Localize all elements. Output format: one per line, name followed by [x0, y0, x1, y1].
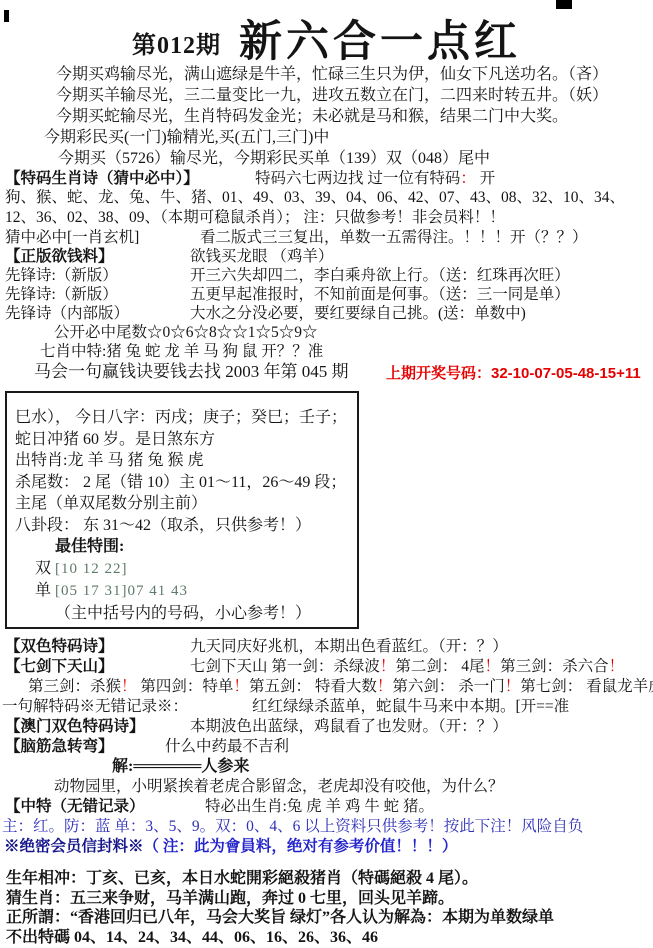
xianfeng-text-2: 五更早起准报时，不知前面是何事。（送：三一同是单） [190, 285, 570, 304]
yijujie-label: 一句解特码※无错记录※： [2, 697, 252, 717]
aomen-row: 【澳门双色特码诗】 本期波色出蓝绿，鸡鼠看了也发财。（开：？） [0, 717, 653, 737]
zhuwei-line: 主尾（单双尾数分别主前） [15, 493, 357, 515]
caishengxiao-line: 猜生肖：五三来争财，马羊满山跑，奔过 0 七里，回头见羊蹄。 [0, 889, 653, 909]
shuangse-text: 九天同庆好兆机，本期出色看蓝红。（开：？） [190, 637, 508, 657]
zhengsuowei-line: 正所謂：“香港回归已八年，马会大奖旨 绿灯”各人认为解為：本期为单数绿单 [0, 908, 653, 928]
yixiao-row: 猜中必中[一肖玄机] 看二版式三三复出，单数一五需得注。！！！开（？？） [0, 228, 653, 247]
yixiao-label: 猜中必中[一肖玄机] [5, 228, 200, 247]
lower-section: 【双色特码诗】 九天同庆好兆机，本期出色看蓝红。（开：？） 【七剑下天山】 七剑… [0, 637, 653, 857]
xiangchong-line: 生年相冲：丁亥、已亥，本日水蛇開彩絕殺猪肖（特碼絕殺 4 尾）。 [0, 869, 653, 889]
bagua-line: 八卦段： 东 31～42（取杀，只供参考！） [15, 515, 357, 537]
xianfeng-row-3: 先锋诗（内部版） 大水之分没必要，要红要绿自己挑。(送：单数中) [0, 304, 653, 323]
header: 第012期 新六合一点红 [0, 0, 653, 64]
last-draw-numbers: 上期开奖号码：32-10-07-05-48-15+11 [386, 363, 641, 385]
bazi-line: 巳水）， 今日八字：丙戌；庚子；癸巳；壬子； [15, 407, 357, 429]
poem-line-3: 今期买蛇输尽光，生肖特码发金光；未必就是马和猴，结果二门中大奖。 [0, 106, 653, 127]
even-numbers: [10 12 22] [55, 561, 128, 577]
qijian-label: 【七剑下天山】 [5, 657, 190, 677]
odd-label: 单 [35, 582, 51, 599]
shuangse-label: 【双色特码诗】 [5, 637, 190, 657]
poem-line-4: 今期彩民买(一门)输精光,买(五门,三门)中 [0, 127, 653, 148]
buchu-tema-line: 不出特碼 04、14、24、34、44、06、16、26、36、46 [0, 928, 653, 948]
naojin-riddle-2: 动物园里，小明紧挨着老虎合影留念，老虎却没有咬他，为什么？ [0, 777, 653, 797]
even-label: 双 [35, 560, 51, 577]
mahui-row: 马会一句赢钱诀要钱去找 2003 年第 045 期 上期开奖号码：32-10-0… [0, 361, 653, 385]
chong-line: 蛇日冲猪 60 岁。是日煞东方 [15, 429, 357, 451]
odd-numbers: [05 17 31]07 41 43 [55, 583, 188, 599]
tema-shengxiao-row: 【特码生肖诗（猜中必中）】 特码六七两边找 过一位有特码： 开 [0, 169, 653, 188]
yijujie-row: 一句解特码※无错记录※： 红红绿绿杀蓝单，蛇鼠牛马来中本期。[开==准 [0, 697, 653, 717]
xianfeng-label-1: 先锋诗:（新版） [5, 266, 190, 285]
xianfeng-label-2: 先锋诗:（新版） [5, 285, 190, 304]
yijujie-text: 红红绿绿杀蓝单，蛇鼠牛马来中本期。[开==准 [252, 697, 569, 717]
scan-artifact-top-left [4, 10, 9, 22]
xianfeng-row-1: 先锋诗:（新版） 开三六失却四二，李白乘舟欲上行。（送：红珠再次旺） [0, 266, 653, 285]
fortune-info-box: 巳水）， 今日八字：丙戌；庚子；癸巳；壬子； 蛇日冲猪 60 岁。是日煞东方 出… [5, 391, 359, 629]
aomen-label: 【澳门双色特码诗】 [5, 717, 190, 737]
odd-picks-row: 单 [05 17 31]07 41 43 [15, 580, 357, 603]
xianfeng-text-1: 开三六失却四二，李白乘舟欲上行。（送：红珠再次旺） [190, 266, 570, 285]
zhongte-text: 特必出生肖:兔 虎 羊 鸡 牛 蛇 猪。 [205, 797, 434, 817]
even-picks-row: 双 [10 12 22] [15, 558, 357, 581]
poem-line-2: 今期买羊输尽光，三二量变比一九，进攻五数立在门，二四来时转五井。（妖） [0, 85, 653, 106]
yixiao-text: 看二版式三三复出，单数一五需得注。！！！开（？？） [200, 228, 588, 247]
zodiac-numbers-line-1: 狗、猴、蛇、龙、兔、牛、猪、01、49、03、39、04、06、42、07、43… [0, 188, 653, 208]
yuqian-label: 【正版欲钱料】 [5, 247, 190, 266]
texiao-line: 出特肖:龙 羊 马 猪 兔 猴 虎 [15, 450, 357, 472]
poem-line-1: 今期买鸡输尽光，满山遮绿是牛羊，忙碌三生只为伊，仙女下凡送功名。（吝） [0, 64, 653, 85]
zhongte-row: 【中特（无错记录） 特必出生肖:兔 虎 羊 鸡 牛 蛇 猪。 [0, 797, 653, 817]
issue-number: 第012期 [132, 25, 221, 64]
zodiac-numbers-line-2: 12、36、02、38、09、（本期可稳鼠杀肖）； 注：只做参考！非会员料！！ [0, 208, 653, 228]
xianfeng-label-3: 先锋诗（内部版） [5, 304, 190, 323]
naojin-question: 什么中药最不吉利 [165, 737, 289, 757]
zuijia-label: 最佳特围: [15, 536, 357, 558]
weishu-line: 公开必中尾数☆0☆6☆8☆☆1☆5☆9☆ [0, 323, 653, 342]
tema-shengxiao-label: 【特码生肖诗（猜中必中）】 [5, 169, 255, 188]
shuangse-row: 【双色特码诗】 九天同庆好兆机，本期出色看蓝红。（开：？） [0, 637, 653, 657]
scan-artifact-top-right [556, 0, 572, 9]
xianfeng-row-2: 先锋诗:（新版） 五更早起准报时，不知前面是何事。（送：三一同是单） [0, 285, 653, 304]
yuqian-text: 欲钱买龙眼 （鸡羊） [190, 247, 333, 266]
zhufang-line: 主：红。防：蓝 单：3、5、9。双：0、4、6 以上资料只供参考！按此下注！风险… [0, 817, 653, 837]
juemi-line: ※绝密会员信封料※（ 注：此为會員料，绝对有参考价值！！！） [0, 837, 653, 857]
lottery-tip-sheet: 第012期 新六合一点红 今期买鸡输尽光，满山遮绿是牛羊，忙碌三生只为伊，仙女下… [0, 0, 653, 948]
qixiao-line: 七肖中特:猪 兔 蛇 龙 羊 马 狗 鼠 开？？准 [0, 342, 653, 361]
yuqian-row: 【正版欲钱料】 欲钱买龙眼 （鸡羊） [0, 247, 653, 266]
xianfeng-text-3: 大水之分没必要，要红要绿自己挑。(送：单数中) [190, 304, 526, 323]
box-note: （主中括号内的号码，小心参考！） [15, 603, 357, 625]
naojin-row: 【脑筋急转弯】 什么中药最不吉利 [0, 737, 653, 757]
poem-line-5: 今期买（5726）输尽光，今期彩民买单（139）双（048）尾中 [0, 148, 653, 169]
page-title: 新六合一点红 [239, 21, 521, 64]
qijian-text-1: 七剑下天山 第一剑：杀绿波！第二剑： 4尾！第三剑：杀六合！ [190, 657, 624, 677]
naojin-label: 【脑筋急转弯】 [5, 737, 165, 757]
mahui-text: 马会一句赢钱诀要钱去找 2003 年第 045 期 [34, 361, 349, 383]
zhongte-label: 【中特（无错记录） [5, 797, 205, 817]
shawei-line: 杀尾数： 2 尾（错 10）主 01～11，26～49 段； [15, 472, 357, 494]
qijian-row-1: 【七剑下天山】 七剑下天山 第一剑：杀绿波！第二剑： 4尾！第三剑：杀六合！ [0, 657, 653, 677]
tema-shengxiao-text: 特码六七两边找 过一位有特码： 开 [255, 169, 495, 188]
aomen-text: 本期波色出蓝绿，鸡鼠看了也发财。（开：？） [190, 717, 508, 737]
qijian-text-2: 第三剑：杀猴！ 第四剑：特单！第五剑： 特看大数！第六剑： 杀一门！第七剑： 看… [0, 677, 653, 697]
bottom-section: 生年相冲：丁亥、已亥，本日水蛇開彩絕殺猪肖（特碼絕殺 4 尾）。 猜生肖：五三来… [0, 869, 653, 947]
naojin-answer: 解:══════人参来 [0, 757, 653, 777]
